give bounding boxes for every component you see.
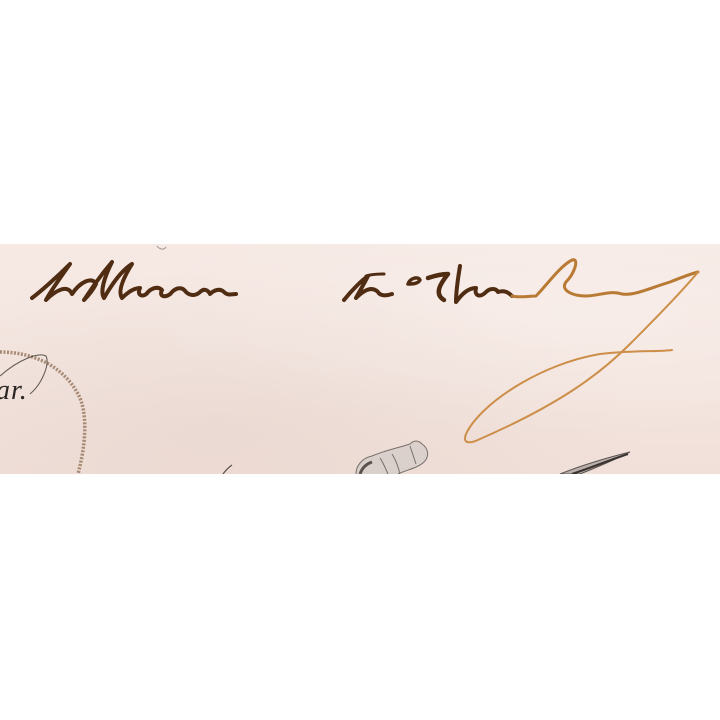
signature-text: William McKinley [0,0,1,1]
document-artwork [0,244,720,474]
seal-ring [0,352,85,474]
printed-text-fragment: ar. [0,375,28,407]
signature [32,262,512,302]
engraving-illustration [356,441,428,474]
pen-nib-illustration [560,452,630,474]
